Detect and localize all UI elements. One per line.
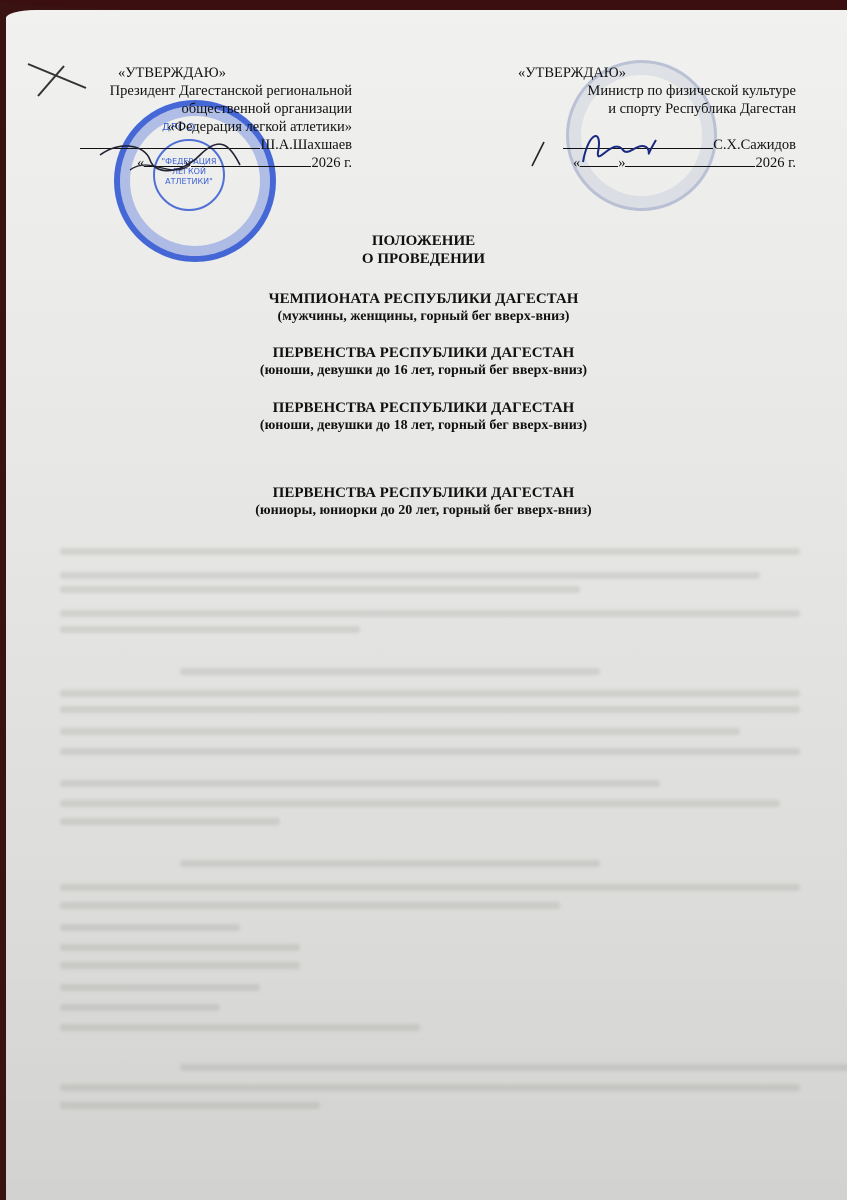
section-detail: (юниоры, юниорки до 20 лет, горный бег в… [0,502,847,520]
bleed-through-line [60,884,800,891]
document-subtitle: О ПРОВЕДЕНИИ [0,250,847,268]
bleed-through-line [60,924,240,931]
signatory-name: С.Х.Сажидов [713,137,796,153]
date-year: 2026 г. [311,155,352,171]
bleed-through-line [60,706,800,713]
bleed-through-line [60,984,260,991]
section-heading: ПЕРВЕНСТВА РЕСПУБЛИКИ ДАГЕСТАН [0,344,847,362]
document-title: ПОЛОЖЕНИЕ [0,232,847,250]
section-heading-block: ПЕРВЕНСТВА РЕСПУБЛИКИ ДАГЕСТАН (юноши, д… [0,344,847,380]
bleed-through-line [180,860,600,867]
bleed-through-line [60,818,280,825]
section-heading-block: ПЕРВЕНСТВА РЕСПУБЛИКИ ДАГЕСТАН (юноши, д… [0,399,847,435]
section-detail: (мужчины, женщины, горный бег вверх-вниз… [0,308,847,326]
bleed-through-line [60,548,800,555]
approval-line: и спорту Республика Дагестан [510,100,796,118]
approval-heading: «УТВЕРЖДАЮ» [510,64,796,82]
section-heading-block: ЧЕМПИОНАТА РЕСПУБЛИКИ ДАГЕСТАН (мужчины,… [0,290,847,326]
bleed-through-line [60,610,800,617]
bleed-through-line [180,668,600,675]
section-detail: (юноши, девушки до 16 лет, горный бег вв… [0,362,847,380]
cross-mark-icon [24,58,94,98]
bleed-through-line [60,690,800,697]
bleed-through-line [60,1102,320,1109]
bleed-through-line [60,1084,800,1091]
bleed-through-line [60,728,740,735]
bleed-through-line [180,1064,847,1071]
document-title-block: ПОЛОЖЕНИЕ О ПРОВЕДЕНИИ [0,232,847,268]
section-heading-block: ПЕРВЕНСТВА РЕСПУБЛИКИ ДАГЕСТАН (юниоры, … [0,484,847,520]
left-signature-icon [90,135,250,185]
section-heading: ПЕРВЕНСТВА РЕСПУБЛИКИ ДАГЕСТАН [0,399,847,417]
signatory-name: Ш.А.Шахшаев [260,137,352,153]
bleed-through-line [60,800,780,807]
bleed-through-line [60,780,660,787]
bleed-through-line [60,748,800,755]
section-heading: ЧЕМПИОНАТА РЕСПУБЛИКИ ДАГЕСТАН [0,290,847,308]
bleed-through-line [60,962,300,969]
right-signature-icon [528,122,678,172]
bleed-through-line [60,1024,420,1031]
bleed-through-line [60,586,580,593]
bleed-through-line [60,1004,220,1011]
bleed-through-line [60,944,300,951]
approval-line: Министр по физической культуре [510,82,796,100]
bleed-through-line [60,902,560,909]
section-detail: (юноши, девушки до 18 лет, горный бег вв… [0,417,847,435]
date-year: 2026 г. [755,155,796,171]
section-heading: ПЕРВЕНСТВА РЕСПУБЛИКИ ДАГЕСТАН [0,484,847,502]
approval-line: «Федерация легкой атлетики» [40,118,352,136]
bleed-through-line [60,572,760,579]
approval-line: общественной организации [40,100,352,118]
bleed-through-line [60,626,360,633]
